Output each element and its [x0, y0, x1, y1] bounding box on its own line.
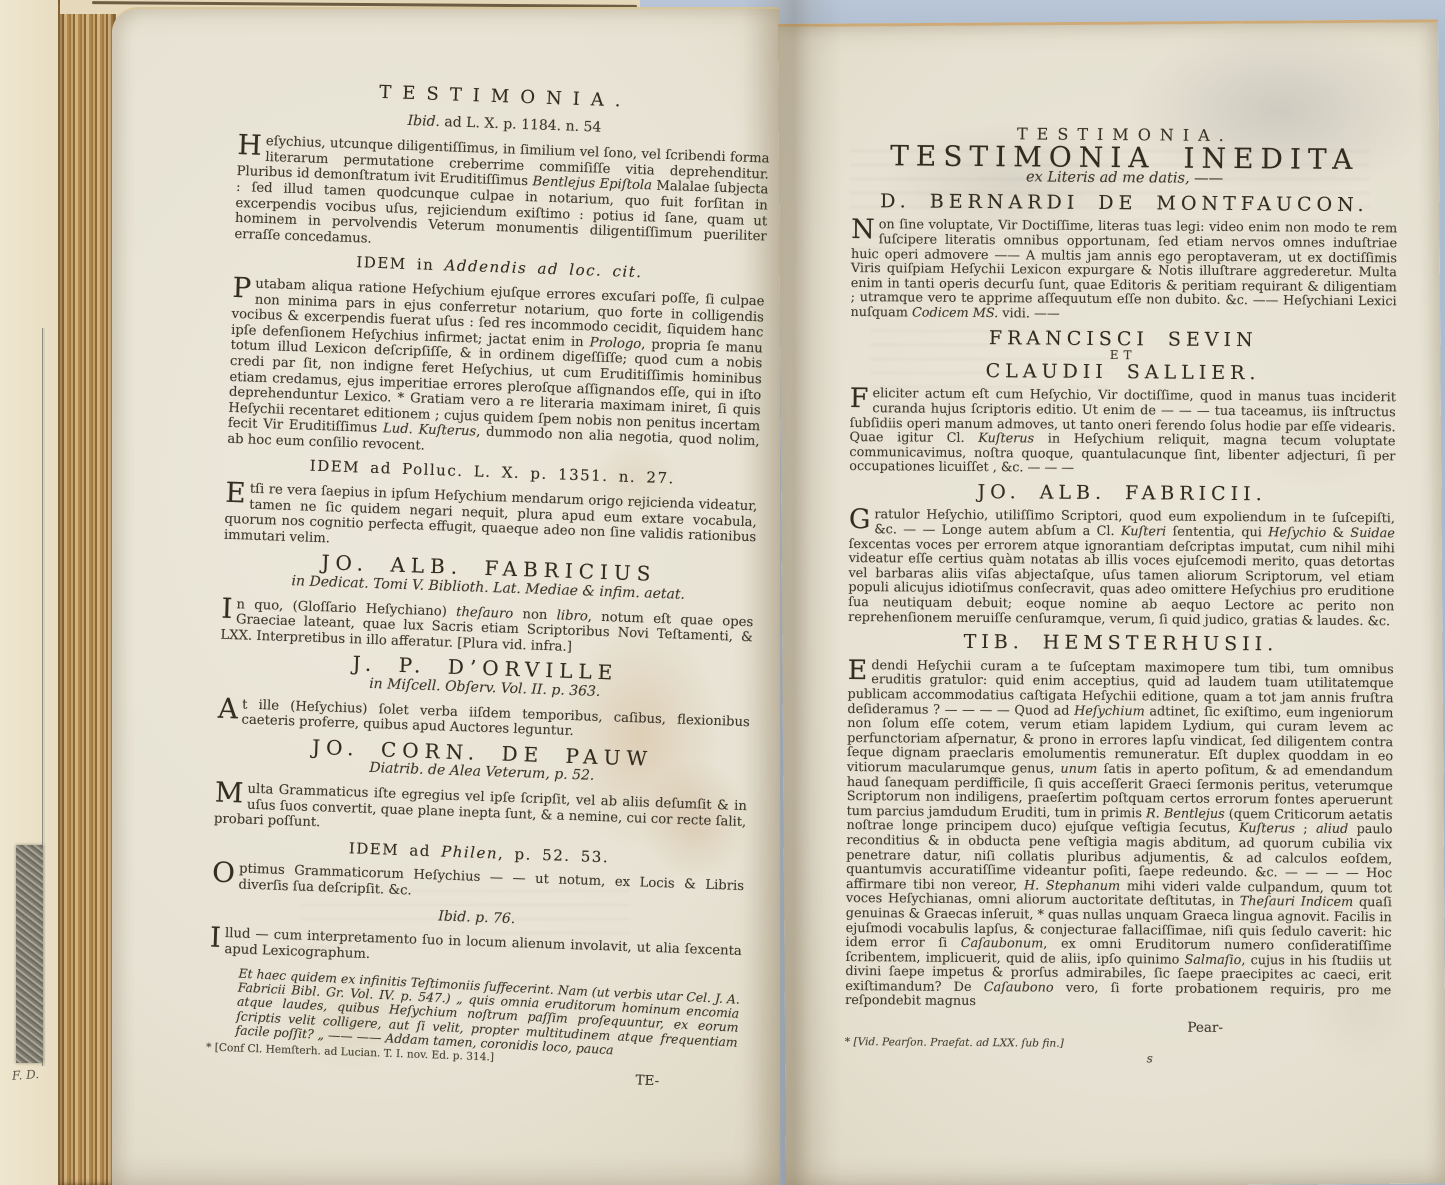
paragraph-sevin-sallier: Feliciter actum eſt cum Heſychio, Vir do…: [849, 387, 1396, 479]
plate-engraving-corner: [16, 845, 43, 1063]
paragraph-montfaucon: Non ſine voluptate, Vir Doctiſſime, lite…: [850, 218, 1397, 324]
paragraph-hesychius: Heſychius, utcunque diligentiſſimus, in …: [234, 133, 769, 261]
paragraph-putabam: Putabam aliqua ratione Heſychium ejuſque…: [227, 276, 765, 466]
plate-engraver-signature: F. D.: [12, 1067, 40, 1083]
paragraph-hemsterhusii: Edendi Heſychii curam a te ſuſceptam max…: [845, 659, 1394, 1014]
section-heading-fabricii: JO. ALB. FABRICII.: [849, 484, 1395, 503]
section-heading-montfaucon: D. BERNARDI DE MONTFAUCON.: [851, 194, 1397, 213]
paragraph-etsi: Etſi re vera ſaepius in ipſum Heſychium …: [224, 481, 758, 562]
paragraph-in-quo: In quo, (Gloſſario Heſychiano) theſauro …: [220, 596, 753, 661]
section-heading-sallier: CLAUDII SALLIER.: [850, 363, 1396, 382]
right-catchword: Pear-: [845, 1018, 1391, 1037]
book-photo: F. D. TESTIMONIA. Ibid. ad L. X. p. 1184…: [0, 0, 1445, 1185]
paragraph-fabricii: Gratulor Heſychio, utiliſſimo Scriptori,…: [848, 508, 1395, 629]
section-heading-sevin: FRANCISCI SEVIN: [850, 330, 1396, 349]
paragraph-multa: Multa Grammaticus iſte egregius vel ipſe…: [214, 781, 747, 846]
section-heading-hemsterhusii: TIB. HEMSTERHUSII.: [848, 634, 1394, 653]
left-page-text-block: TESTIMONIA. Ibid. ad L. X. p. 1184. n. 5…: [205, 76, 772, 1092]
right-page-text-block: TESTIMONIA. TESTIMONIA INEDITA ex Literi…: [845, 126, 1398, 1069]
right-page-title: TESTIMONIA INEDITA: [852, 149, 1398, 168]
fore-edge-page-stack: [58, 0, 116, 1185]
